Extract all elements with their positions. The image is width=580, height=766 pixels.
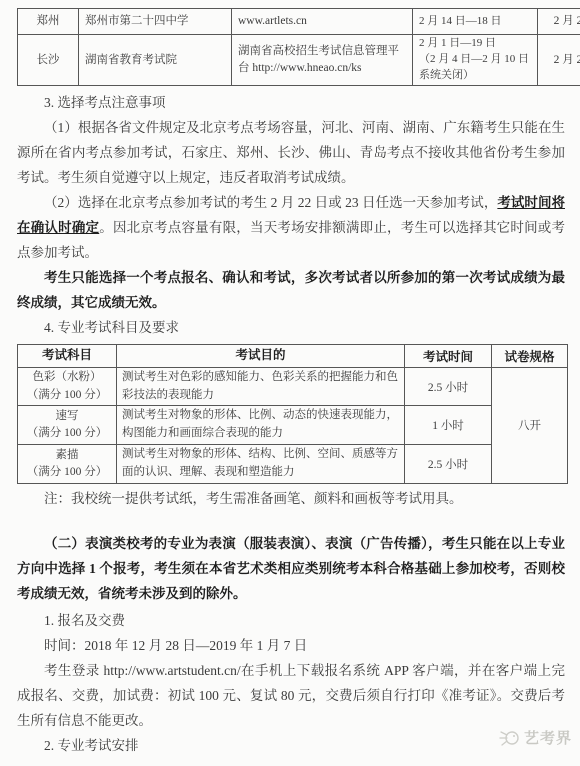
note-item-2: （2）选择在北京考点参加考试的考生 2 月 22 日或 23 日任选一天参加考试… xyxy=(17,190,565,265)
signup-time-note: （2 月 4 日—2 月 10 日系统关闭） xyxy=(419,52,531,84)
arrangement-heading: 2. 专业考试安排 xyxy=(17,733,565,758)
subject-duration: 2.5 小时 xyxy=(405,445,492,484)
subject-full-score: （满分 100 分） xyxy=(23,387,111,404)
subject-cell: 色彩（水粉） （满分 100 分） xyxy=(18,367,117,406)
table-row: 色彩（水粉） （满分 100 分） 测试考生对色彩的感知能力、色彩关系的把握能力… xyxy=(18,367,568,406)
performance-intro: （二）表演类校考的专业为表演（服装表演）、表演（广告传播），考生只能在以上专业方… xyxy=(17,531,565,606)
venue-website: www.artlets.cn xyxy=(232,9,413,35)
signup-time-range: 2 月 1 日—19 日 xyxy=(419,36,531,52)
section-heading-site-notes: 3. 选择考点注意事项 xyxy=(17,90,565,115)
venue-signup-time: 2 月 1 日—19 日 （2 月 4 日—2 月 10 日系统关闭） xyxy=(413,35,538,86)
subject-name: 速写 xyxy=(23,408,111,425)
column-header-subject: 考试科目 xyxy=(18,344,117,367)
subject-duration: 1 小时 xyxy=(405,406,492,445)
table-row: 素描 （满分 100 分） 测试考生对物象的形体、结构、比例、空间、质感等方面的… xyxy=(18,445,568,484)
subject-purpose: 测试考生对物象的形体、比例、动态的快速表现能力，构图能力和画面综合表现的能力 xyxy=(117,406,405,445)
subject-duration: 2.5 小时 xyxy=(405,367,492,406)
subject-cell: 速写 （满分 100 分） xyxy=(18,406,117,445)
subject-purpose: 测试考生对物象的形体、结构、比例、空间、质感等方面的认识、理解、表现和塑造能力 xyxy=(117,445,405,484)
fees-heading: 1. 报名及交费 xyxy=(17,608,565,633)
venue-organizer: 郑州市第二十四中学 xyxy=(79,9,232,35)
subject-table: 考试科目 考试目的 考试时间 试卷规格 色彩（水粉） （满分 100 分） 测试… xyxy=(17,344,568,484)
registration-time: 时间：2018 年 12 月 28 日—2019 年 1 月 7 日 xyxy=(17,633,565,658)
subject-full-score: （满分 100 分） xyxy=(23,425,111,442)
section-heading-subjects: 4. 专业考试科目及要求 xyxy=(17,315,565,340)
subject-name: 素描 xyxy=(23,447,111,464)
column-header-duration: 考试时间 xyxy=(405,344,492,367)
watermark: 艺考界 xyxy=(499,727,572,748)
paper-size-cell: 八开 xyxy=(492,367,568,483)
table-row: 速写 （满分 100 分） 测试考生对物象的形体、比例、动态的快速表现能力，构图… xyxy=(18,406,568,445)
table-row: 长沙 湖南省教育考试院 湖南省高校招生考试信息管理平台 http://www.h… xyxy=(18,35,580,86)
registration-instructions: 考生登录 http://www.artstudent.cn/在手机上下载报名系统… xyxy=(17,658,565,733)
subject-purpose: 测试考生对色彩的感知能力、色彩关系的把握能力和色彩技法的表现能力 xyxy=(117,367,405,406)
table-row: 郑州 郑州市第二十四中学 www.artlets.cn 2 月 14 日—18 … xyxy=(18,9,580,35)
venue-organizer: 湖南省教育考试院 xyxy=(79,35,232,86)
note-item-1: （1）根据各省文件规定及北京考点考场容量，河北、河南、湖南、广东籍考生只能在生源… xyxy=(17,115,565,190)
watermark-label: 艺考界 xyxy=(524,727,572,748)
venue-table: 郑州 郑州市第二十四中学 www.artlets.cn 2 月 14 日—18 … xyxy=(17,8,580,86)
venue-signup-time: 2 月 14 日—18 日 xyxy=(413,9,538,35)
subject-full-score: （满分 100 分） xyxy=(23,464,111,481)
subject-cell: 素描 （满分 100 分） xyxy=(18,445,117,484)
venue-city: 长沙 xyxy=(18,35,79,86)
note-item-2-start: （2）选择在北京考点参加考试的考生 2 月 22 日或 23 日任选一天参加考试… xyxy=(44,195,497,210)
single-site-warning: 考生只能选择一个考点报名、确认和考试，多次考试者以所参加的第一次考试成绩为最终成… xyxy=(17,265,565,315)
subject-name: 色彩（水粉） xyxy=(23,369,111,386)
column-header-purpose: 考试目的 xyxy=(117,344,405,367)
column-header-paper-size: 试卷规格 xyxy=(492,344,568,367)
subject-table-header-row: 考试科目 考试目的 考试时间 试卷规格 xyxy=(18,344,568,367)
fish-icon xyxy=(499,728,521,748)
venue-exam-date: 2 月 22 日 xyxy=(538,9,580,35)
document-page: 郑州 郑州市第二十四中学 www.artlets.cn 2 月 14 日—18 … xyxy=(0,0,580,766)
venue-city: 郑州 xyxy=(18,9,79,35)
exam-supplies-note: 注：我校统一提供考试纸，考生需准备画笔、颜料和画板等考试用具。 xyxy=(17,486,565,511)
venue-exam-date: 2 月 23 日 xyxy=(538,35,580,86)
venue-website: 湖南省高校招生考试信息管理平台 http://www.hneao.cn/ks xyxy=(232,35,413,86)
note-item-2-end: 。因北京考点容量有限，当天考场安排额满即止，考生可以选择其它时间或考点参加考试。 xyxy=(17,220,565,260)
